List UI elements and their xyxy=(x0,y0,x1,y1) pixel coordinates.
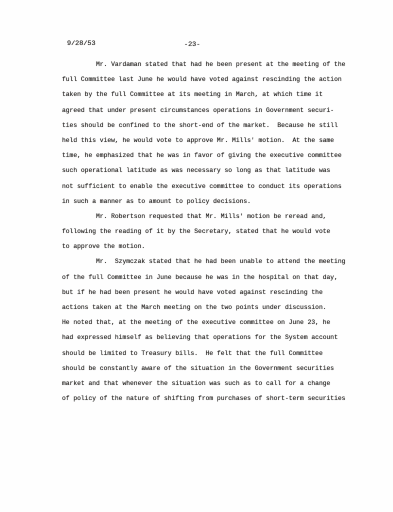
text-line: to approve the motion. xyxy=(62,239,354,254)
text-line: of policy of the nature of shifting from… xyxy=(62,391,354,406)
text-line: had expressed himself as believing that … xyxy=(62,330,354,345)
text-line: time, he emphasized that he was in favor… xyxy=(62,148,354,163)
text-line: held this view, he would vote to approve… xyxy=(62,133,354,148)
document-page: 9/28/53 -23- Mr. Vardaman stated that ha… xyxy=(0,0,393,512)
text-line: He noted that, at the meeting of the exe… xyxy=(62,315,354,330)
text-line: should be limited to Treasury bills. He … xyxy=(62,346,354,361)
text-line: agreed that under present circumstances … xyxy=(62,103,354,118)
text-line: Mr. Vardaman stated that had he been pre… xyxy=(62,57,354,72)
document-body: Mr. Vardaman stated that had he been pre… xyxy=(62,57,354,406)
text-line: of the full Committee in June because he… xyxy=(62,270,354,285)
text-line: Mr. Szymczak stated that he had been una… xyxy=(62,254,354,269)
paragraph: Mr. Vardaman stated that had he been pre… xyxy=(62,57,354,209)
page-number: -23- xyxy=(184,41,200,49)
text-line: full Committee last June he would have v… xyxy=(62,72,354,87)
text-line: not sufficient to enable the executive c… xyxy=(62,179,354,194)
text-line: but if he had been present he would have… xyxy=(62,285,354,300)
paragraph: Mr. Robertson requested that Mr. Mills' … xyxy=(62,209,354,255)
text-line: should be constantly aware of the situat… xyxy=(62,361,354,376)
text-line: Mr. Robertson requested that Mr. Mills' … xyxy=(62,209,354,224)
text-line: following the reading of it by the Secre… xyxy=(62,224,354,239)
text-line: taken by the full Committee at its meeti… xyxy=(62,87,354,102)
text-line: actions taken at the March meeting on th… xyxy=(62,300,354,315)
text-line: ties should be confined to the short-end… xyxy=(62,118,354,133)
document-date: 9/28/53 xyxy=(67,40,96,48)
text-line: such operational latitude as was necessa… xyxy=(62,163,354,178)
text-line: in such a manner as to amount to policy … xyxy=(62,194,354,209)
text-line: market and that whenever the situation w… xyxy=(62,376,354,391)
paragraph: Mr. Szymczak stated that he had been una… xyxy=(62,254,354,406)
